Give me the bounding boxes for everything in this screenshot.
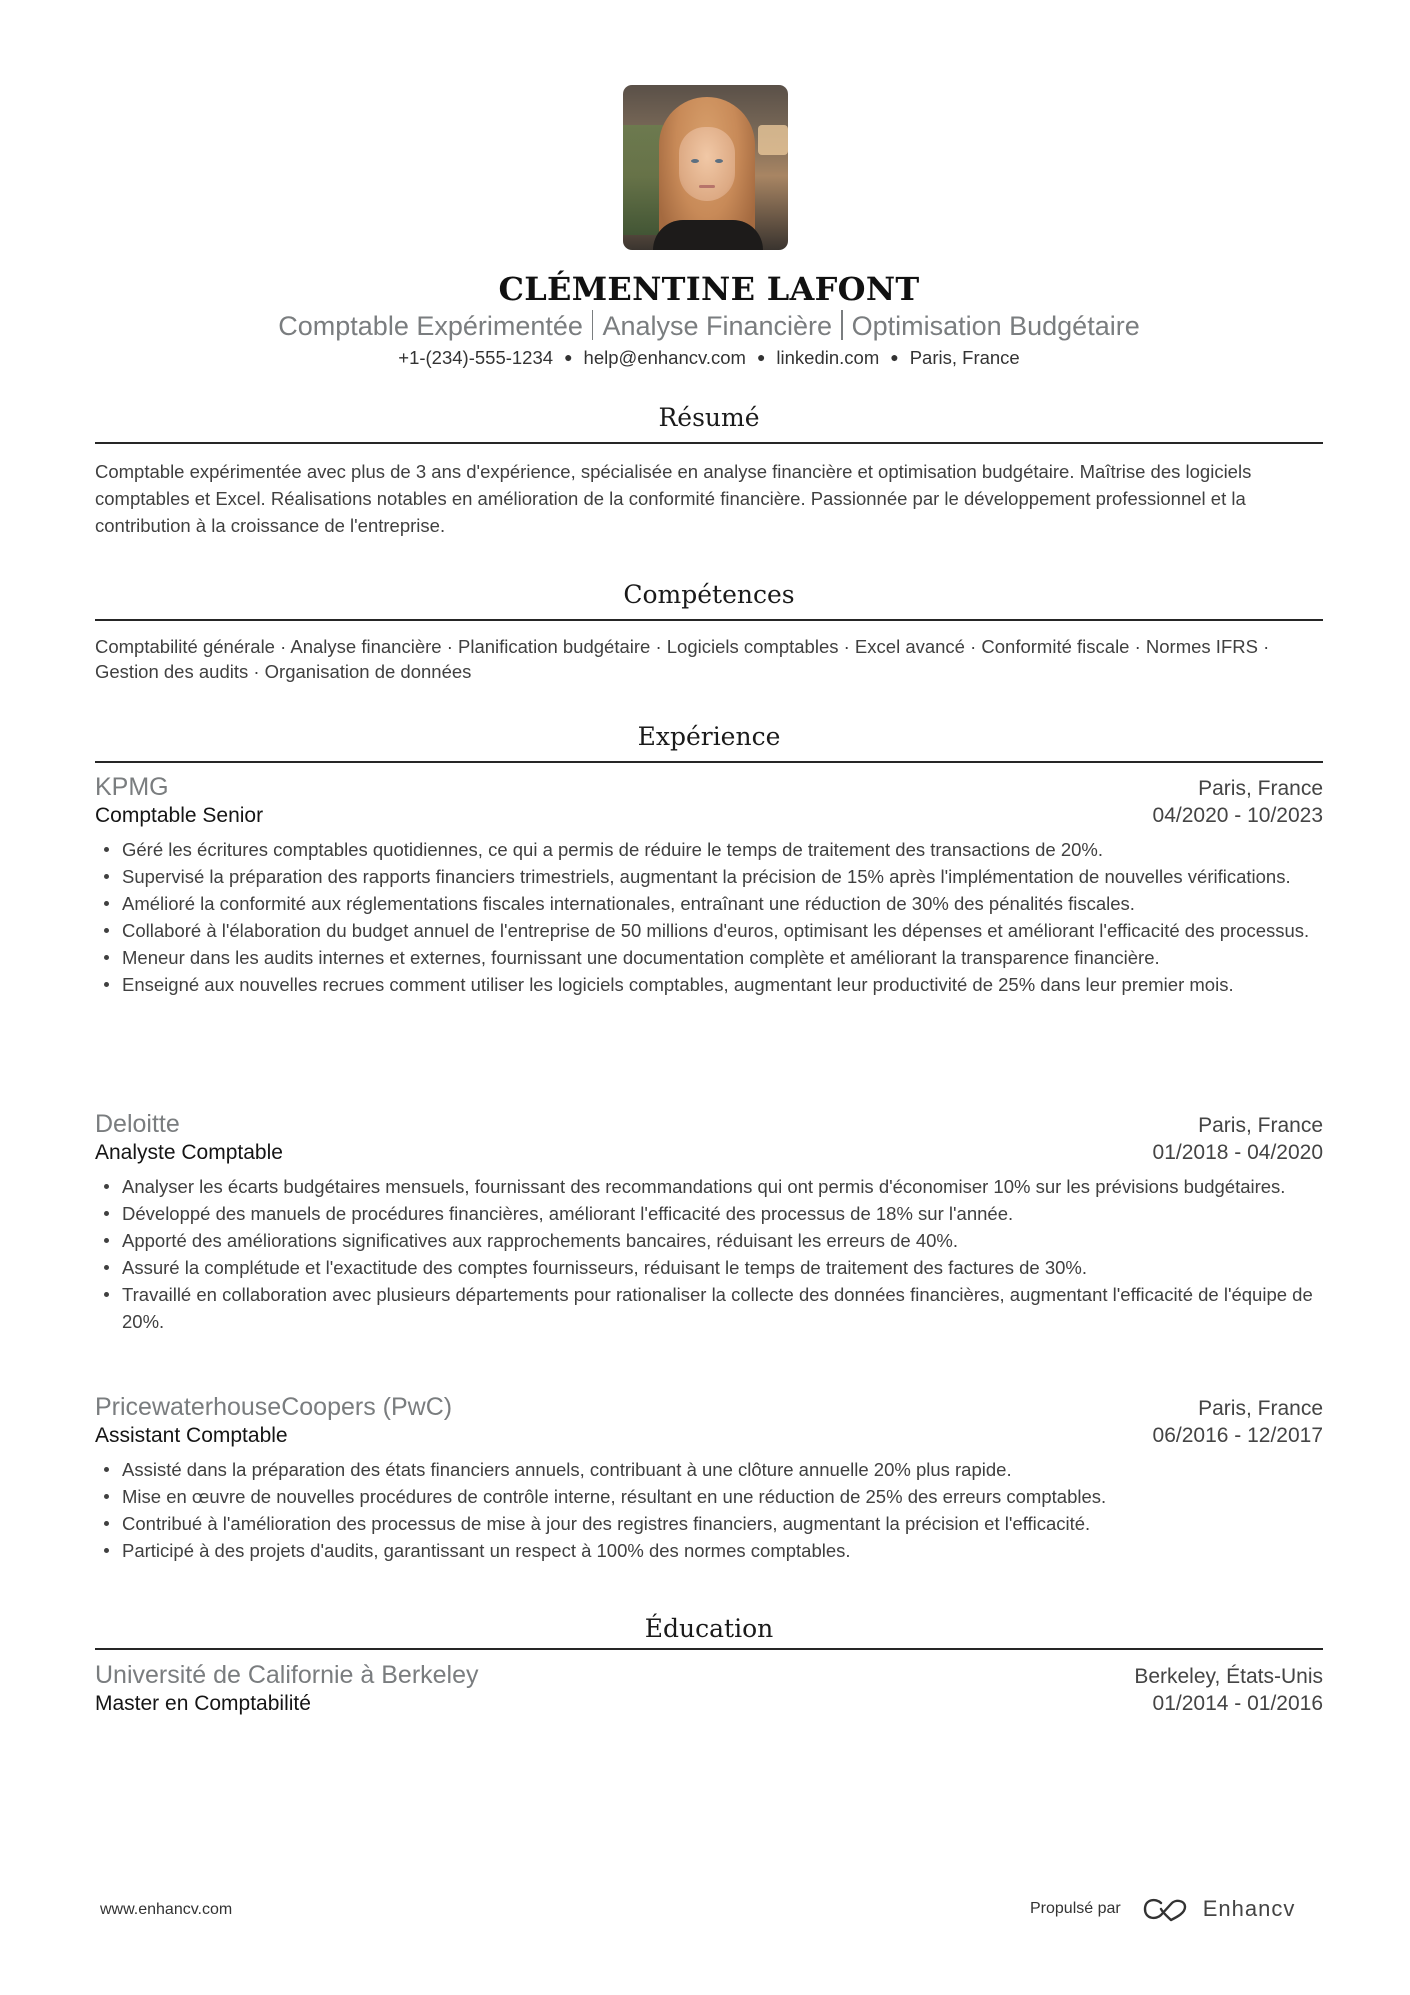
job-title: Comptable Senior bbox=[95, 804, 263, 828]
list-item: Mise en œuvre de nouvelles procédures de… bbox=[95, 1483, 1323, 1510]
list-item: Amélioré la conformité aux réglementatio… bbox=[95, 890, 1323, 917]
achievement-list: Assisté dans la préparation des états fi… bbox=[95, 1456, 1323, 1564]
experience-entry: KPMG Paris, France Comptable Senior 04/2… bbox=[95, 773, 1323, 998]
job-dates: 01/2018 - 04/2020 bbox=[1153, 1141, 1323, 1165]
company-name: PricewaterhouseCoopers (PwC) bbox=[95, 1393, 452, 1422]
list-item: Supervisé la préparation des rapports fi… bbox=[95, 863, 1323, 890]
section-title-summary: Résumé bbox=[95, 403, 1323, 432]
divider bbox=[841, 310, 843, 340]
list-item: Assuré la complétude et l'exactitude des… bbox=[95, 1254, 1323, 1281]
list-item: Contribué à l'amélioration des processus… bbox=[95, 1510, 1323, 1537]
experience-entry: PricewaterhouseCoopers (PwC) Paris, Fran… bbox=[95, 1393, 1323, 1564]
headline-item: Comptable Expérimentée bbox=[278, 311, 583, 341]
section-divider bbox=[95, 619, 1323, 621]
section-divider bbox=[95, 761, 1323, 763]
job-location: Paris, France bbox=[1198, 777, 1323, 801]
degree: Master en Comptabilité bbox=[95, 1692, 311, 1716]
section-title-experience: Expérience bbox=[95, 722, 1323, 751]
brand-name: Enhancv bbox=[1203, 1896, 1296, 1922]
section-divider bbox=[95, 1648, 1323, 1650]
education-entry: Université de Californie à Berkeley Berk… bbox=[95, 1661, 1323, 1716]
contact-info: +1-(234)-555-1234●help@enhancv.com●linke… bbox=[95, 347, 1323, 369]
list-item: Apporté des améliorations significatives… bbox=[95, 1227, 1323, 1254]
list-item: Assisté dans la préparation des états fi… bbox=[95, 1456, 1323, 1483]
bullet-separator: ● bbox=[757, 349, 765, 365]
powered-by[interactable]: Propulsé par Enhancv bbox=[1030, 1896, 1295, 1922]
section-divider bbox=[95, 442, 1323, 444]
skills-list: Comptabilité générale · Analyse financiè… bbox=[95, 634, 1323, 684]
job-location: Paris, France bbox=[1198, 1114, 1323, 1138]
achievement-list: Géré les écritures comptables quotidienn… bbox=[95, 836, 1323, 998]
job-location: Paris, France bbox=[1198, 1397, 1323, 1421]
section-title-education: Éducation bbox=[95, 1614, 1323, 1643]
summary-text: Comptable expérimentée avec plus de 3 an… bbox=[95, 458, 1323, 539]
job-dates: 04/2020 - 10/2023 bbox=[1153, 804, 1323, 828]
list-item: Géré les écritures comptables quotidienn… bbox=[95, 836, 1323, 863]
company-name: KPMG bbox=[95, 773, 169, 802]
school-location: Berkeley, États-Unis bbox=[1134, 1665, 1323, 1689]
headline: Comptable ExpérimentéeAnalyse Financière… bbox=[95, 310, 1323, 342]
headline-item: Analyse Financière bbox=[602, 311, 832, 341]
phone: +1-(234)-555-1234 bbox=[398, 347, 553, 368]
location: Paris, France bbox=[910, 347, 1020, 368]
list-item: Meneur dans les audits internes et exter… bbox=[95, 944, 1323, 971]
job-title: Analyste Comptable bbox=[95, 1141, 283, 1165]
profile-photo bbox=[623, 85, 788, 250]
job-title: Assistant Comptable bbox=[95, 1424, 288, 1448]
headline-item: Optimisation Budgétaire bbox=[852, 311, 1140, 341]
experience-entry: Deloitte Paris, France Analyste Comptabl… bbox=[95, 1110, 1323, 1335]
enhancv-logo-icon bbox=[1141, 1896, 1189, 1922]
list-item: Collaboré à l'élaboration du budget annu… bbox=[95, 917, 1323, 944]
school-name: Université de Californie à Berkeley bbox=[95, 1661, 479, 1690]
linkedin-link[interactable]: linkedin.com bbox=[776, 347, 879, 368]
education-dates: 01/2014 - 01/2016 bbox=[1153, 1692, 1323, 1716]
section-title-skills: Compétences bbox=[95, 580, 1323, 609]
bullet-separator: ● bbox=[564, 349, 572, 365]
candidate-name: CLÉMENTINE LAFONT bbox=[95, 270, 1323, 308]
website-link[interactable]: www.enhancv.com bbox=[100, 1901, 232, 1919]
list-item: Analyser les écarts budgétaires mensuels… bbox=[95, 1173, 1323, 1200]
job-dates: 06/2016 - 12/2017 bbox=[1153, 1424, 1323, 1448]
list-item: Enseigné aux nouvelles recrues comment u… bbox=[95, 971, 1323, 998]
company-name: Deloitte bbox=[95, 1110, 180, 1139]
divider bbox=[592, 310, 594, 340]
powered-by-label: Propulsé par bbox=[1030, 1900, 1121, 1918]
bullet-separator: ● bbox=[890, 349, 898, 365]
list-item: Travaillé en collaboration avec plusieur… bbox=[95, 1281, 1323, 1335]
achievement-list: Analyser les écarts budgétaires mensuels… bbox=[95, 1173, 1323, 1335]
list-item: Développé des manuels de procédures fina… bbox=[95, 1200, 1323, 1227]
email-link[interactable]: help@enhancv.com bbox=[584, 347, 746, 368]
list-item: Participé à des projets d'audits, garant… bbox=[95, 1537, 1323, 1564]
